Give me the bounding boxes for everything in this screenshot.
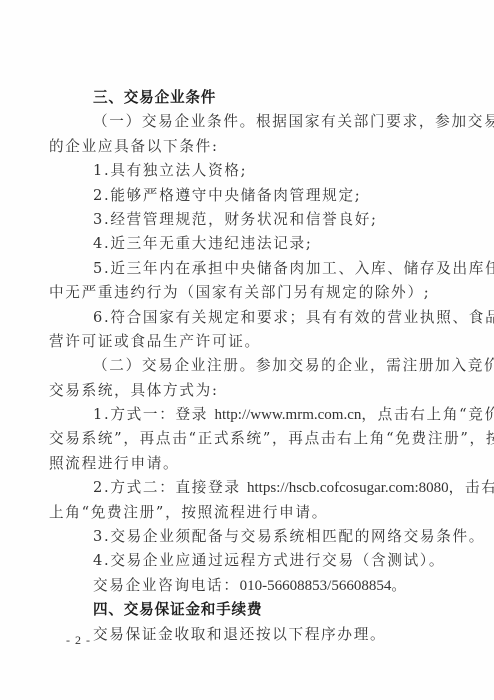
contact-end: 。 <box>391 577 407 594</box>
paragraph-line: 交易保证金收取和退还按以下程序办理。 <box>49 623 447 647</box>
method1-line: 1.方式一：登录 http://www.mrm.com.cn，点击右上角“竞价 <box>49 403 447 427</box>
paragraph-line: 交易系统，具体方式为: <box>49 379 447 403</box>
section-heading-4: 四、交易保证金和手续费 <box>49 598 447 622</box>
list-item-continuation: 营许可证或食品生产许可证。 <box>49 330 447 354</box>
paragraph-line: （二）交易企业注册。参加交易的企业，需注册加入竞价 <box>49 354 447 378</box>
list-item: 2.能够严格遵守中央储备肉管理规定; <box>49 184 447 208</box>
list-item: 4.近三年无重大违纪违法记录; <box>49 232 447 256</box>
method1-url-link[interactable]: http://www.mrm.com.cn <box>214 407 361 423</box>
paragraph-line: （一）交易企业条件。根据国家有关部门要求，参加交易 <box>49 110 447 134</box>
document-page: 三、交易企业条件 （一）交易企业条件。根据国家有关部门要求，参加交易 的企业应具… <box>0 0 494 700</box>
method2-url-link[interactable]: https://hscb.cofcosugar.com:8080 <box>247 480 449 496</box>
list-item: 3.交易企业须配备与交易系统相匹配的网络交易条件。 <box>49 525 447 549</box>
method1-line: 照流程进行申请。 <box>49 452 447 476</box>
method2-prefix: 2.方式二：直接登录 <box>93 479 247 496</box>
document-body: 三、交易企业条件 （一）交易企业条件。根据国家有关部门要求，参加交易 的企业应具… <box>49 86 447 647</box>
method2-suffix: ，击右 <box>449 479 494 496</box>
method1-line: 交易系统”，再点击“正式系统”，再点击右上角“免费注册”，按 <box>49 427 447 451</box>
contact-line: 交易企业咨询电话：010-56608853/56608854。 <box>49 574 447 598</box>
list-item: 1.具有独立法人资格; <box>49 159 447 183</box>
method1-prefix: 1.方式一：登录 <box>93 406 214 423</box>
method2-line: 2.方式二：直接登录 https://hscb.cofcosugar.com:8… <box>49 476 447 500</box>
list-item: 3.经营管理规范，财务状况和信誉良好; <box>49 208 447 232</box>
list-item-continuation: 中无严重违约行为（国家有关部门另有规定的除外）; <box>49 281 447 305</box>
list-item: 5.近三年内在承担中央储备肉加工、入库、储存及出库任务 <box>49 257 447 281</box>
page-number: - 2 - <box>66 633 91 648</box>
method1-suffix: ，点击右上角“竞价 <box>361 406 494 423</box>
contact-phone: 010-56608853/56608854 <box>240 578 392 594</box>
contact-label: 交易企业咨询电话： <box>93 577 240 594</box>
method2-line: 上角“免费注册”，按照流程进行申请。 <box>49 501 447 525</box>
list-item: 4.交易企业应通过远程方式进行交易（含测试）。 <box>49 549 447 573</box>
list-item: 6.符合国家有关规定和要求；具有有效的营业执照、食品经 <box>49 306 447 330</box>
section-heading-3: 三、交易企业条件 <box>49 86 447 110</box>
paragraph-line: 的企业应具备以下条件: <box>49 135 447 159</box>
